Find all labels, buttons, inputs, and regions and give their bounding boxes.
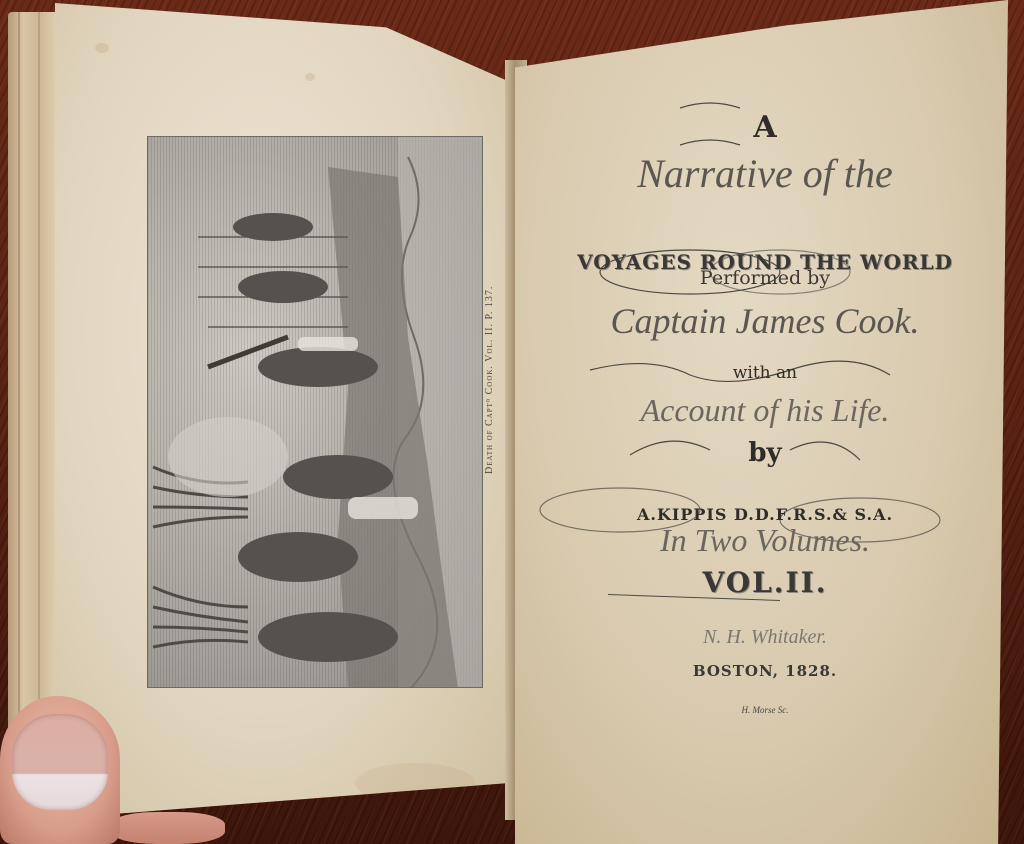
title-volume-number: VOL.II. (530, 566, 1000, 599)
frontispiece-engraving (147, 136, 483, 688)
title-line-narrative: Narrative of the (530, 150, 1000, 197)
engraving-scene-icon (148, 137, 483, 688)
title-line-captain: Captain James Cook. (530, 300, 1000, 342)
title-engraver: H. Morse Sc. (530, 705, 1000, 715)
title-publisher: N. H. Whitaker. (530, 626, 1000, 649)
title-line-account: Account of his Life. (530, 392, 1000, 429)
title-line-with: with an (530, 363, 1000, 383)
finger (110, 812, 225, 844)
frontispiece-caption: Death of Captⁿ Cook. Vol. II. P. 137. (484, 150, 514, 610)
title-line-performed: Performed by (530, 267, 1000, 289)
thumbnail (12, 714, 108, 810)
title-line-volumes: In Two Volumes. (530, 522, 1000, 559)
title-line-a: A (530, 110, 1000, 145)
title-line-by: by (530, 438, 1000, 468)
book-page-edges (8, 12, 60, 812)
title-place-date: BOSTON, 1828. (530, 662, 1000, 680)
